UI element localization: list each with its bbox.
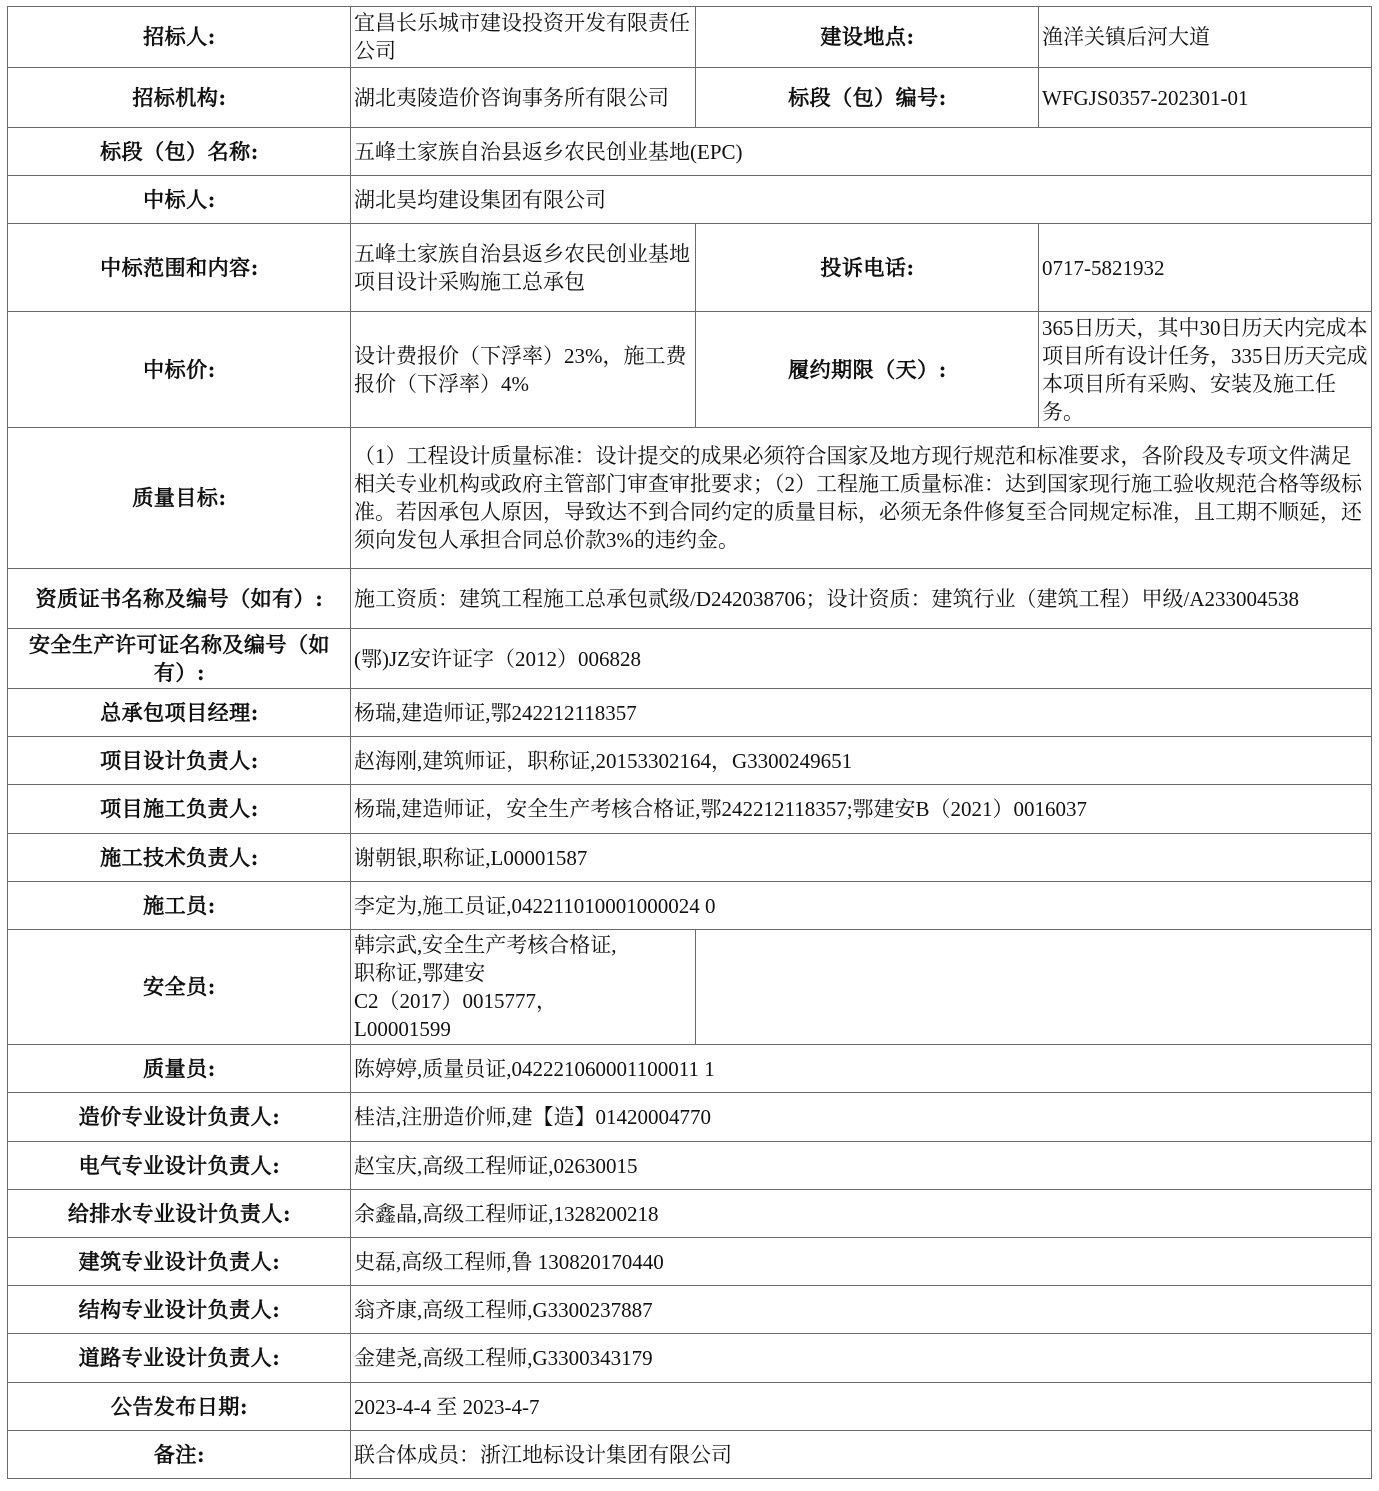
safety-officer-line: L00001599 bbox=[354, 1015, 693, 1043]
design-lead-value: 赵海刚,建筑师证，职称证,20153302164，G3300249651 bbox=[351, 737, 1372, 785]
row-road-lead: 道路专业设计负责人: 金建尧,高级工程师,G3300343179 bbox=[8, 1334, 1372, 1383]
design-lead-label: 项目设计负责人: bbox=[8, 737, 351, 785]
architecture-lead-label: 建筑专业设计负责人: bbox=[8, 1238, 351, 1286]
pm-value: 杨瑞,建造师证,鄂242212118357 bbox=[351, 689, 1372, 737]
complaint-phone-value: 0717-5821932 bbox=[1039, 224, 1372, 312]
construction-lead-value: 杨瑞,建造师证，安全生产考核合格证,鄂242212118357;鄂建安B（202… bbox=[351, 785, 1372, 834]
row-tenderer: 招标人: 宜昌长乐城市建设投资开发有限责任公司 建设地点: 渔洋关镇后河大道 bbox=[8, 7, 1372, 68]
electrical-lead-label: 电气专业设计负责人: bbox=[8, 1142, 351, 1190]
safety-license-value: (鄂)JZ安许证字（2012）006828 bbox=[351, 629, 1372, 689]
winner-label: 中标人: bbox=[8, 176, 351, 224]
row-electrical-lead: 电气专业设计负责人: 赵宝庆,高级工程师证,02630015 bbox=[8, 1142, 1372, 1190]
tech-lead-value: 谢朝银,职称证,L00001587 bbox=[351, 834, 1372, 882]
plumbing-lead-value: 余鑫晶,高级工程师证,1328200218 bbox=[351, 1190, 1372, 1238]
safety-officer-empty bbox=[696, 930, 1372, 1045]
row-remarks: 备注: 联合体成员：浙江地标设计集团有限公司 bbox=[8, 1431, 1372, 1479]
safety-officer-line: 韩宗武,安全生产考核合格证, bbox=[354, 931, 693, 959]
tenderer-label: 招标人: bbox=[8, 7, 351, 68]
bid-award-table: 招标人: 宜昌长乐城市建设投资开发有限责任公司 建设地点: 渔洋关镇后河大道 招… bbox=[7, 6, 1372, 1479]
scope-value: 五峰土家族自治县返乡农民创业基地项目设计采购施工总承包 bbox=[351, 224, 696, 312]
construction-lead-label: 项目施工负责人: bbox=[8, 785, 351, 834]
road-lead-label: 道路专业设计负责人: bbox=[8, 1334, 351, 1383]
row-qualification: 资质证书名称及编号（如有）: 施工资质：建筑工程施工总承包贰级/D2420387… bbox=[8, 569, 1372, 629]
row-section-name: 标段（包）名称: 五峰土家族自治县返乡农民创业基地(EPC) bbox=[8, 128, 1372, 176]
quality-officer-value: 陈婷婷,质量员证,042221060001100011 1 bbox=[351, 1045, 1372, 1093]
pm-label: 总承包项目经理: bbox=[8, 689, 351, 737]
section-no-value: WFGJS0357-202301-01 bbox=[1039, 68, 1372, 128]
winner-value: 湖北昊均建设集团有限公司 bbox=[351, 176, 1372, 224]
constructor-label: 施工员: bbox=[8, 882, 351, 930]
row-construction-lead: 项目施工负责人: 杨瑞,建造师证，安全生产考核合格证,鄂242212118357… bbox=[8, 785, 1372, 834]
quality-officer-label: 质量员: bbox=[8, 1045, 351, 1093]
location-label: 建设地点: bbox=[696, 7, 1039, 68]
safety-license-label: 安全生产许可证名称及编号（如有）: bbox=[8, 629, 351, 689]
row-pm: 总承包项目经理: 杨瑞,建造师证,鄂242212118357 bbox=[8, 689, 1372, 737]
price-label: 中标价: bbox=[8, 312, 351, 428]
quality-label: 质量目标: bbox=[8, 428, 351, 569]
safety-officer-line: 职称证,鄂建安 bbox=[354, 959, 693, 987]
row-quality: 质量目标: （1）工程设计质量标准：设计提交的成果必须符合国家及地方现行规范和标… bbox=[8, 428, 1372, 569]
row-cost-lead: 造价专业设计负责人: 桂洁,注册造价师,建【造】01420004770 bbox=[8, 1093, 1372, 1142]
row-scope: 中标范围和内容: 五峰土家族自治县返乡农民创业基地项目设计采购施工总承包 投诉电… bbox=[8, 224, 1372, 312]
row-architecture-lead: 建筑专业设计负责人: 史磊,高级工程师,鲁 130820170440 bbox=[8, 1238, 1372, 1286]
safety-officer-label: 安全员: bbox=[8, 930, 351, 1045]
row-design-lead: 项目设计负责人: 赵海刚,建筑师证，职称证,20153302164，G33002… bbox=[8, 737, 1372, 785]
row-tech-lead: 施工技术负责人: 谢朝银,职称证,L00001587 bbox=[8, 834, 1372, 882]
qualification-label: 资质证书名称及编号（如有）: bbox=[8, 569, 351, 629]
duration-value: 365日历天，其中30日历天内完成本项目所有设计任务，335日历天完成本项目所有… bbox=[1039, 312, 1372, 428]
section-no-label: 标段（包）编号: bbox=[696, 68, 1039, 128]
section-name-value: 五峰土家族自治县返乡农民创业基地(EPC) bbox=[351, 128, 1372, 176]
quality-value: （1）工程设计质量标准：设计提交的成果必须符合国家及地方现行规范和标准要求，各阶… bbox=[351, 428, 1372, 569]
row-plumbing-lead: 给排水专业设计负责人: 余鑫晶,高级工程师证,1328200218 bbox=[8, 1190, 1372, 1238]
price-value: 设计费报价（下浮率）23%，施工费报价（下浮率）4% bbox=[351, 312, 696, 428]
cost-lead-value: 桂洁,注册造价师,建【造】01420004770 bbox=[351, 1093, 1372, 1142]
qualification-value: 施工资质：建筑工程施工总承包贰级/D242038706；设计资质：建筑行业（建筑… bbox=[351, 569, 1372, 629]
complaint-phone-label: 投诉电话: bbox=[696, 224, 1039, 312]
structure-lead-value: 翁齐康,高级工程师,G3300237887 bbox=[351, 1286, 1372, 1334]
row-winner: 中标人: 湖北昊均建设集团有限公司 bbox=[8, 176, 1372, 224]
row-constructor: 施工员: 李定为,施工员证,042211010001000024 0 bbox=[8, 882, 1372, 930]
agency-label: 招标机构: bbox=[8, 68, 351, 128]
tenderer-value: 宜昌长乐城市建设投资开发有限责任公司 bbox=[351, 7, 696, 68]
structure-lead-label: 结构专业设计负责人: bbox=[8, 1286, 351, 1334]
road-lead-value: 金建尧,高级工程师,G3300343179 bbox=[351, 1334, 1372, 1383]
duration-label: 履约期限（天）: bbox=[696, 312, 1039, 428]
row-publish-date: 公告发布日期: 2023-4-4 至 2023-4-7 bbox=[8, 1383, 1372, 1431]
remarks-label: 备注: bbox=[8, 1431, 351, 1479]
publish-date-value: 2023-4-4 至 2023-4-7 bbox=[351, 1383, 1372, 1431]
scope-label: 中标范围和内容: bbox=[8, 224, 351, 312]
plumbing-lead-label: 给排水专业设计负责人: bbox=[8, 1190, 351, 1238]
row-price: 中标价: 设计费报价（下浮率）23%，施工费报价（下浮率）4% 履约期限（天）:… bbox=[8, 312, 1372, 428]
row-agency: 招标机构: 湖北夷陵造价咨询事务所有限公司 标段（包）编号: WFGJS0357… bbox=[8, 68, 1372, 128]
row-structure-lead: 结构专业设计负责人: 翁齐康,高级工程师,G3300237887 bbox=[8, 1286, 1372, 1334]
section-name-label: 标段（包）名称: bbox=[8, 128, 351, 176]
publish-date-label: 公告发布日期: bbox=[8, 1383, 351, 1431]
cost-lead-label: 造价专业设计负责人: bbox=[8, 1093, 351, 1142]
remarks-value: 联合体成员：浙江地标设计集团有限公司 bbox=[351, 1431, 1372, 1479]
row-safety-license: 安全生产许可证名称及编号（如有）: (鄂)JZ安许证字（2012）006828 bbox=[8, 629, 1372, 689]
safety-officer-line: C2（2017）0015777， bbox=[354, 987, 693, 1015]
row-safety-officer: 安全员: 韩宗武,安全生产考核合格证, 职称证,鄂建安 C2（2017）0015… bbox=[8, 930, 1372, 1045]
electrical-lead-value: 赵宝庆,高级工程师证,02630015 bbox=[351, 1142, 1372, 1190]
architecture-lead-value: 史磊,高级工程师,鲁 130820170440 bbox=[351, 1238, 1372, 1286]
location-value: 渔洋关镇后河大道 bbox=[1039, 7, 1372, 68]
safety-officer-value: 韩宗武,安全生产考核合格证, 职称证,鄂建安 C2（2017）0015777， … bbox=[351, 930, 696, 1045]
agency-value: 湖北夷陵造价咨询事务所有限公司 bbox=[351, 68, 696, 128]
tech-lead-label: 施工技术负责人: bbox=[8, 834, 351, 882]
constructor-value: 李定为,施工员证,042211010001000024 0 bbox=[351, 882, 1372, 930]
row-quality-officer: 质量员: 陈婷婷,质量员证,042221060001100011 1 bbox=[8, 1045, 1372, 1093]
